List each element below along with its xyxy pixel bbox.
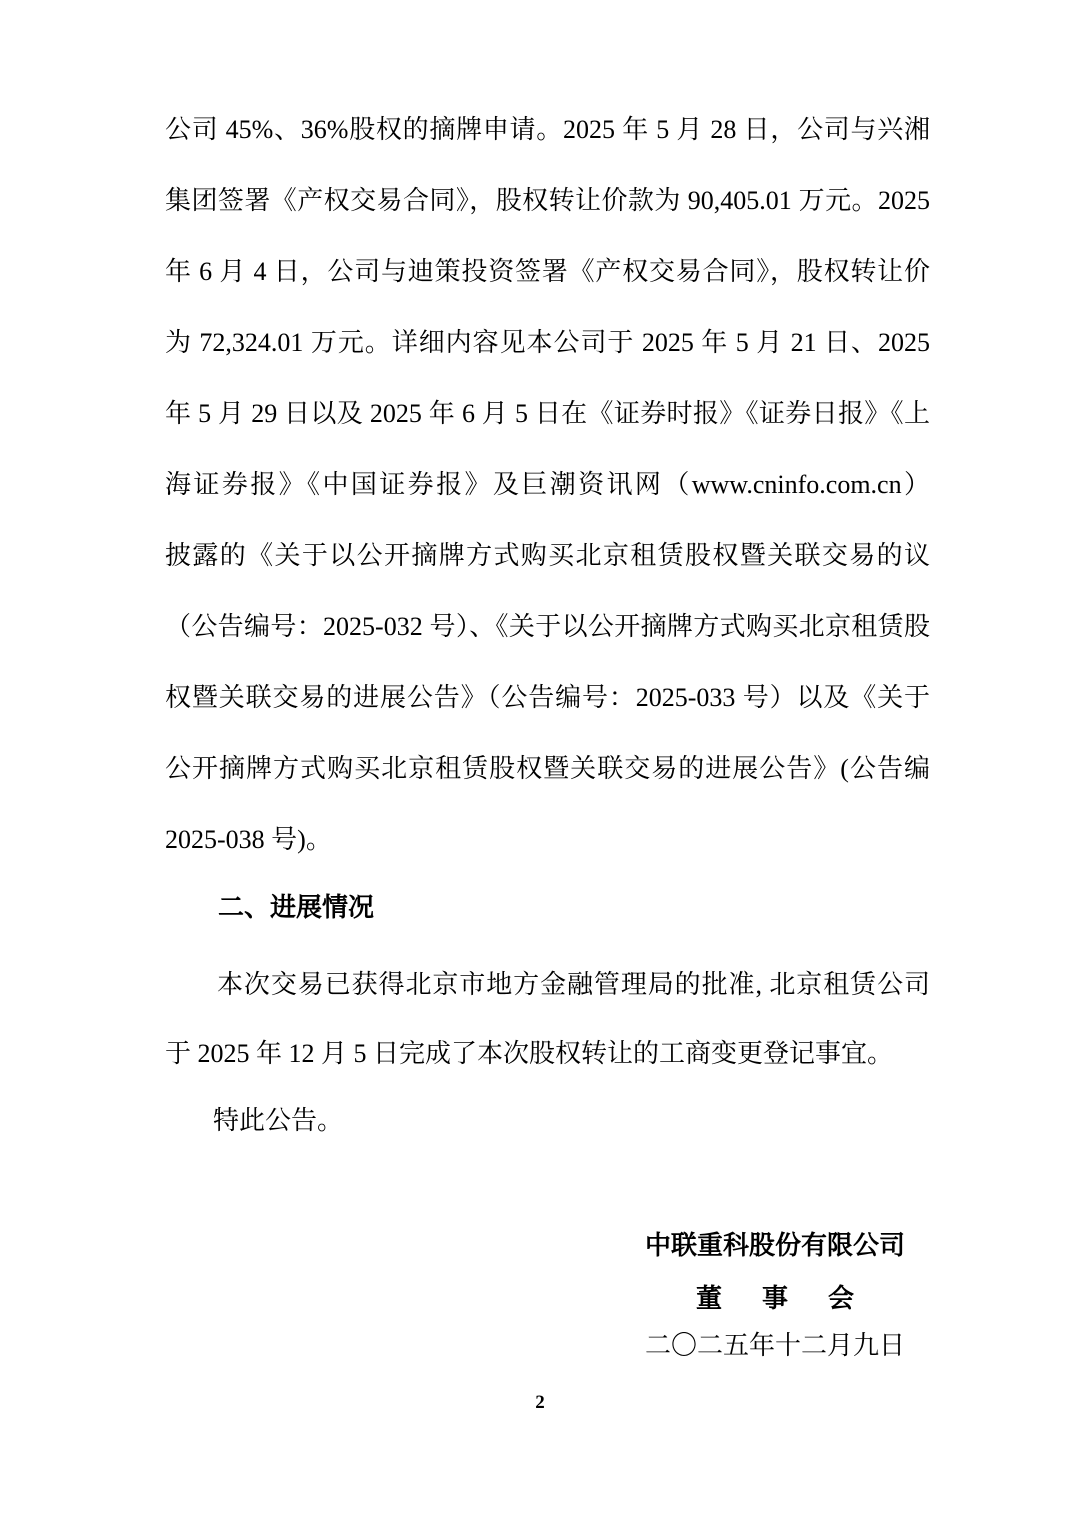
body-line: 权暨关联交易的进展公告》（公告编号：2025-033 号）以及《关于以 [165,662,930,733]
body-line: 为 72,324.01 万元。详细内容见本公司于 2025 年 5 月 21 日… [165,307,930,378]
body-line: 年 6 月 4 日，公司与迪策投资签署《产权交易合同》，股权转让价款 [165,236,930,307]
signature-company-name: 中联重科股份有限公司 [644,1230,906,1262]
section2-heading: 二、进展情况 [218,893,374,923]
closing-statement: 特此公告。 [213,1105,343,1137]
signature-board-of-directors: 董 事 会 [644,1283,906,1315]
section1-paragraph: 公司 45%、36%股权的摘牌申请。2025 年 5 月 28 日，公司与兴湘 … [165,94,930,875]
body-line: 集团签署《产权交易合同》，股权转让价款为 90,405.01 万元。2025 [165,165,930,236]
announcement-page: 公司 45%、36%股权的摘牌申请。2025 年 5 月 28 日，公司与兴湘 … [0,0,1080,1528]
body-line: （公告编号：2025-032 号）、《关于以公开摘牌方式购买北京租赁股 [165,591,930,662]
body-line: 公开摘牌方式购买北京租赁股权暨关联交易的进展公告》(公告编号： [165,733,930,804]
body-line: 本次交易已获得北京市地方金融管理局的批准, 北京租赁公司已 [165,950,930,1019]
body-line: 2025-038 号)。 [165,804,930,875]
signature-date: 二〇二五年十二月九日 [644,1330,906,1362]
body-line: 披露的《关于以公开摘牌方式购买北京租赁股权暨关联交易的议案》 [165,520,930,591]
body-line: 海证券报》《中国证券报》及巨潮资讯网（www.cninfo.com.cn） [165,449,930,520]
body-line: 于 2025 年 12 月 5 日完成了本次股权转让的工商变更登记事宜。 [165,1019,930,1088]
body-line: 公司 45%、36%股权的摘牌申请。2025 年 5 月 28 日，公司与兴湘 [165,94,930,165]
page-number: 2 [0,1392,1080,1414]
body-line: 年 5 月 29 日以及 2025 年 6 月 5 日在《证券时报》《证券日报》… [165,378,930,449]
